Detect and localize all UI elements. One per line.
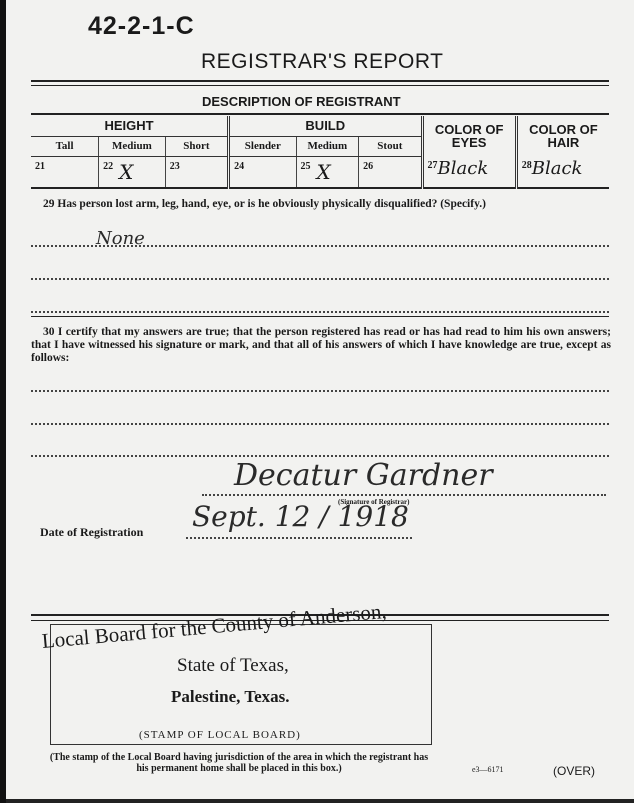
field-number: 26 — [363, 161, 373, 172]
section-title: DESCRIPTION OF REGISTRANT — [202, 94, 401, 109]
registrar-signature: Decatur Gardner — [234, 458, 493, 493]
answer-line — [31, 455, 609, 457]
field-number: 21 — [35, 161, 45, 172]
cell-slender: 24 — [229, 156, 296, 188]
cell-stout: 26 — [359, 156, 422, 188]
page-title: REGISTRAR'S REPORT — [201, 50, 444, 74]
description-table: HEIGHT BUILD COLOR OF EYES COLOR OF HAIR… — [31, 116, 609, 189]
eye-color-value: Black — [438, 158, 489, 179]
answer-line — [31, 311, 609, 313]
question-30: 30 I certify that my answers are true; t… — [31, 326, 611, 365]
cell-build-medium: 25X — [296, 156, 359, 188]
answer-line — [31, 390, 609, 392]
stamp-box: Local Board for the County of Anderson, … — [50, 624, 432, 745]
field-number: 22 — [103, 161, 113, 172]
col-tall: Tall — [31, 136, 99, 156]
field-number: 23 — [170, 161, 180, 172]
group-eyes: COLOR OF EYES — [422, 116, 516, 156]
stamp-line-1: Local Board for the County of Anderson, — [41, 599, 388, 654]
registration-card: 42-2-1-C REGISTRAR'S REPORT DESCRIPTION … — [6, 0, 634, 803]
stamp-instructions: (The stamp of the Local Board having jur… — [44, 752, 434, 774]
answer-line — [31, 423, 609, 425]
divider — [31, 80, 609, 82]
cell-height-medium: 22X — [99, 156, 166, 188]
field-number: 25 — [301, 161, 311, 172]
check-mark: X — [119, 160, 133, 184]
answer-line — [31, 278, 609, 280]
cell-tall: 21 — [31, 156, 99, 188]
answer-line — [31, 245, 609, 247]
group-build: BUILD — [229, 116, 422, 136]
over-indicator: (OVER) — [553, 764, 595, 778]
cell-eyes: 27Black — [422, 156, 516, 188]
date-line — [186, 537, 412, 539]
check-mark: X — [317, 160, 331, 184]
field-number: 28 — [522, 160, 532, 171]
cell-short: 23 — [165, 156, 228, 188]
question-29: 29 Has person lost arm, leg, hand, eye, … — [31, 198, 611, 211]
col-stout: Stout — [359, 136, 422, 156]
col-height-medium: Medium — [99, 136, 166, 156]
col-slender: Slender — [229, 136, 296, 156]
cell-hair: 28Black — [516, 156, 609, 188]
hair-color-value: Black — [532, 158, 583, 179]
date-label: Date of Registration — [40, 525, 143, 540]
stamp-caption: (STAMP OF LOCAL BOARD) — [139, 729, 301, 741]
col-build-medium: Medium — [296, 136, 359, 156]
divider — [31, 85, 609, 86]
group-height: HEIGHT — [31, 116, 229, 136]
field-number: 24 — [234, 161, 244, 172]
signature-line — [202, 494, 606, 496]
field-number: 27 — [428, 160, 438, 171]
col-short: Short — [165, 136, 228, 156]
registration-date-value: Sept. 12 / 1918 — [192, 500, 409, 533]
group-hair: COLOR OF HAIR — [516, 116, 609, 156]
stamp-line-3: Palestine, Texas. — [171, 687, 290, 707]
divider — [31, 113, 609, 115]
form-code: e3—6171 — [472, 765, 504, 774]
stamp-line-2: State of Texas, — [177, 655, 289, 677]
divider — [31, 316, 609, 317]
file-number: 42-2-1-C — [88, 12, 195, 41]
